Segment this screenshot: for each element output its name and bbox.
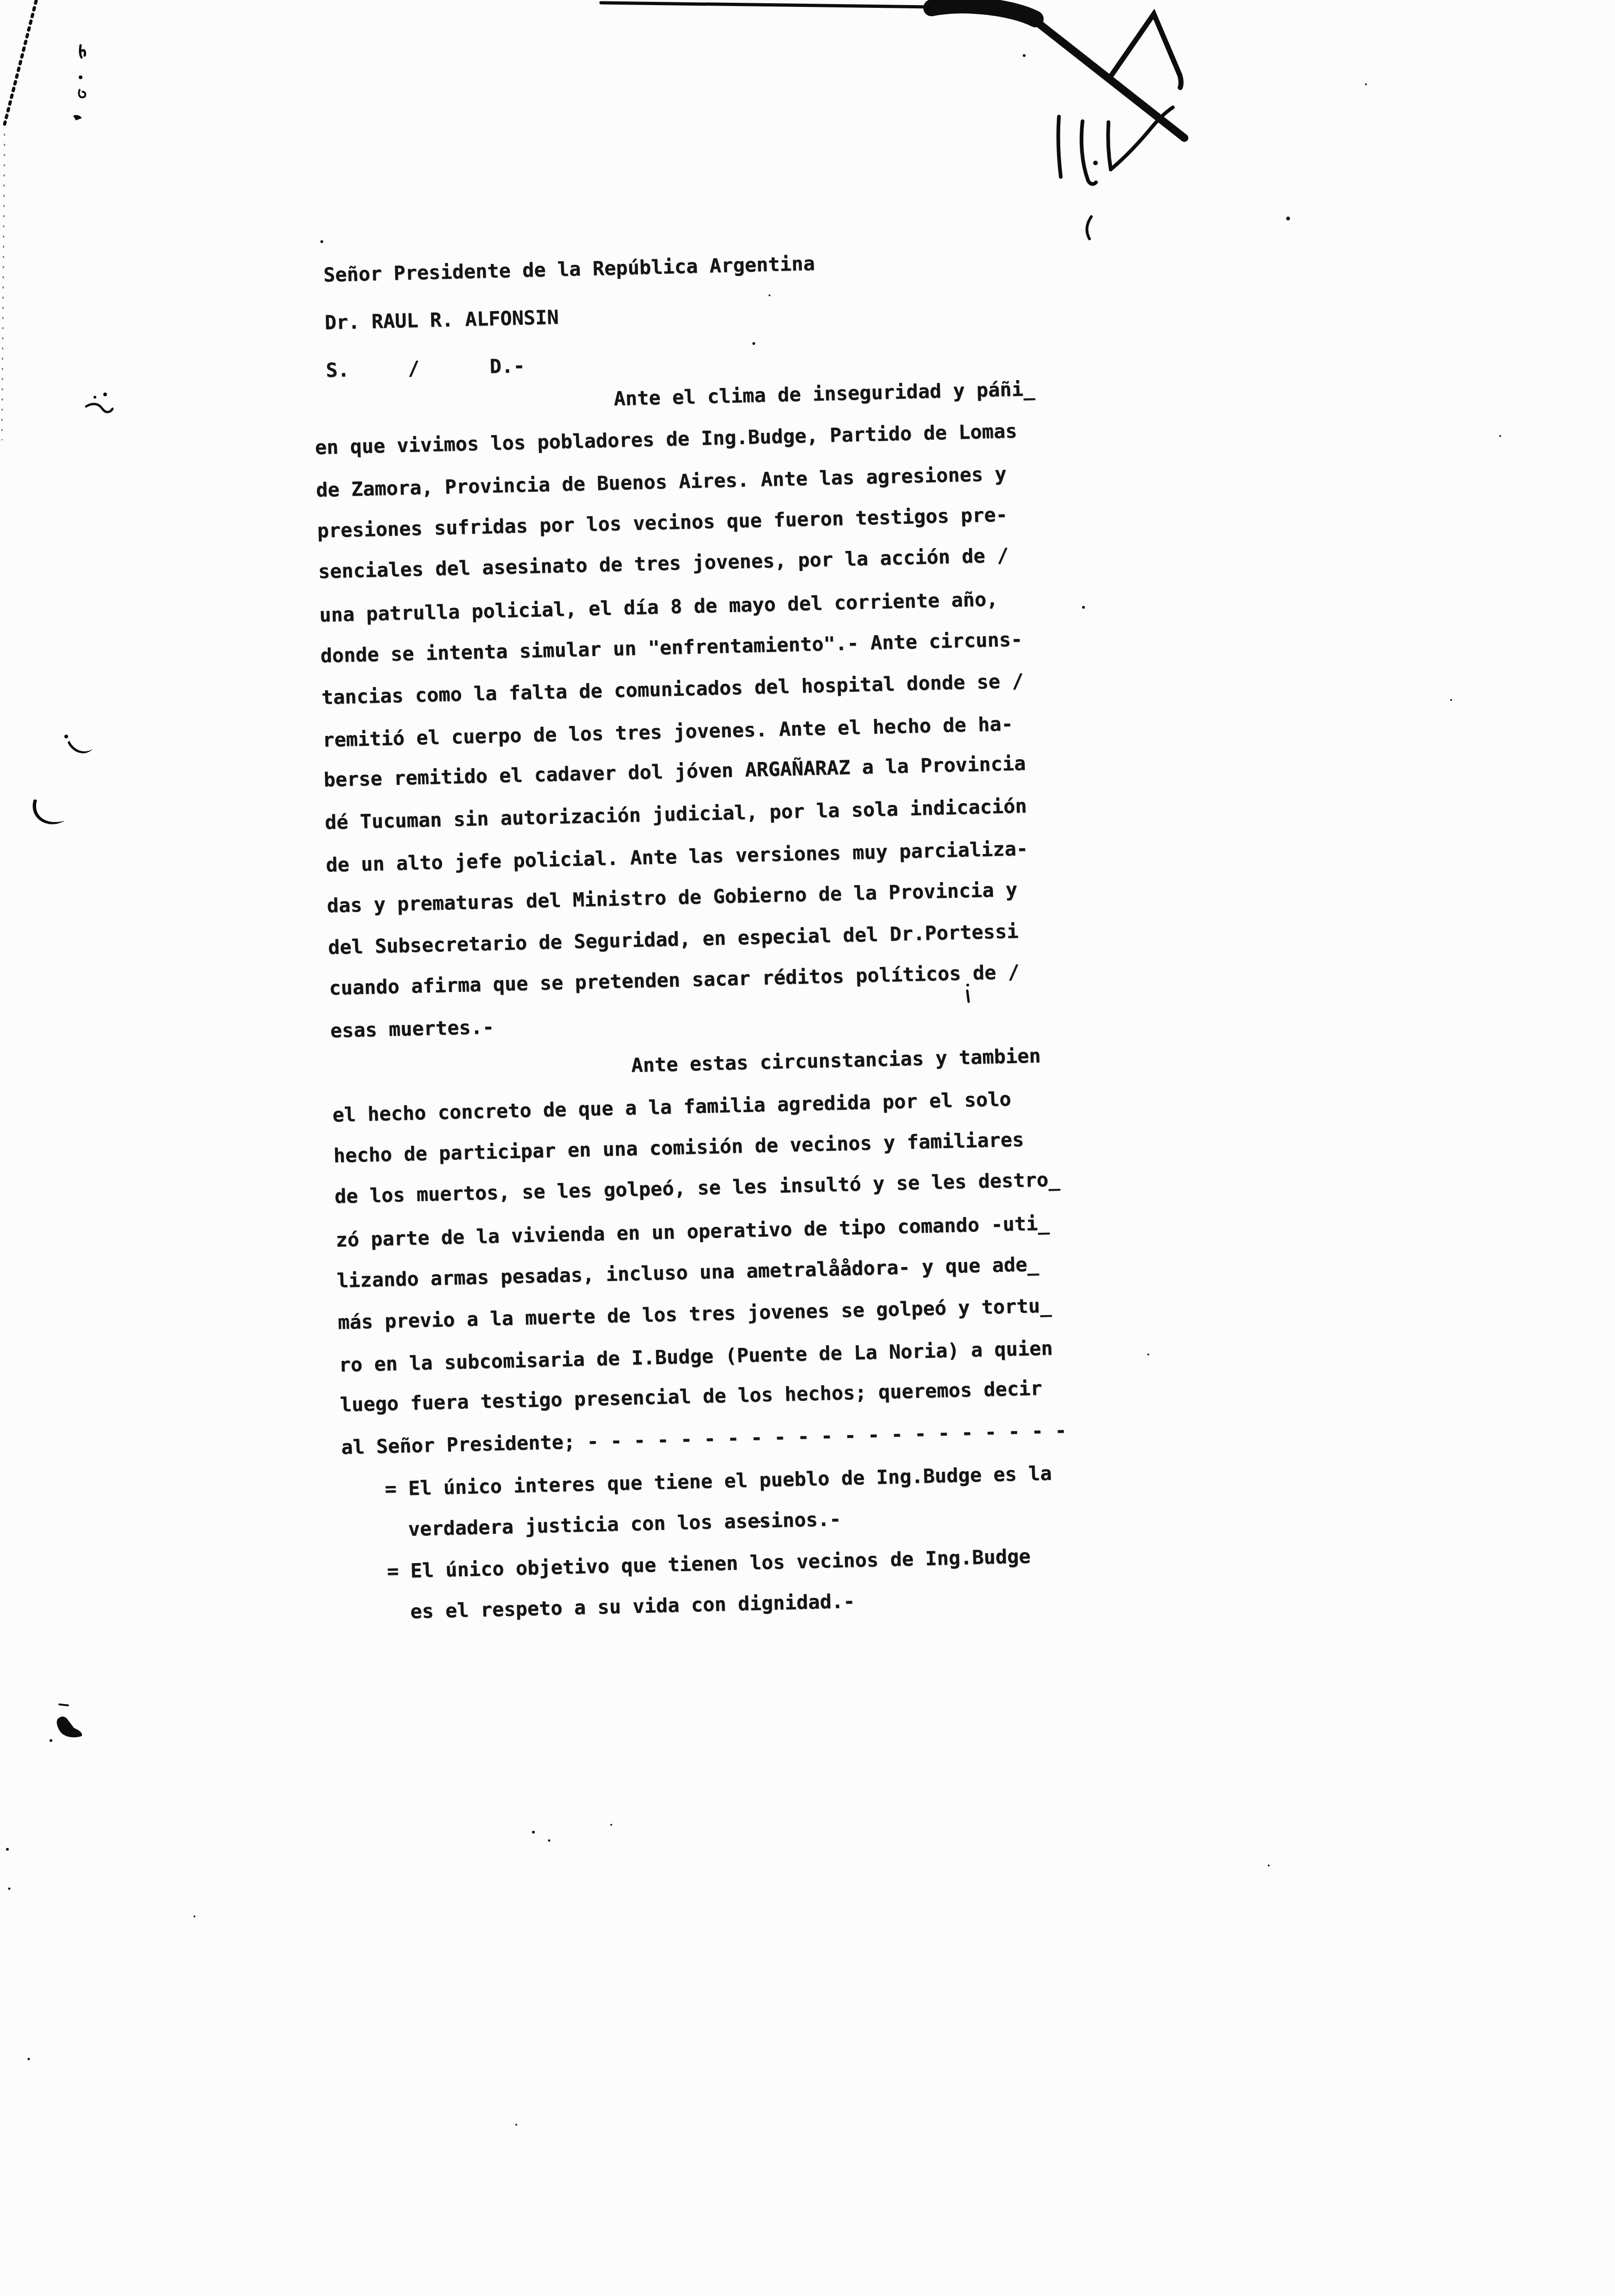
margin-squiggle: [86, 404, 113, 412]
margin-tick-crescent: [68, 741, 93, 753]
margin-dot: [94, 396, 96, 399]
margin-marks: [6, 45, 113, 1890]
scan-artifacts-layer: 115: [0, 0, 1615, 2296]
left-edge-dots: [2, 124, 5, 440]
margin-dot: [79, 75, 82, 79]
digit-5-stem-stroke: [1108, 122, 1111, 169]
margin-dot: [103, 393, 107, 396]
paren-mark: [1087, 217, 1091, 239]
handwritten-page-number: 115: [1058, 107, 1173, 239]
margin-dash: [59, 1704, 68, 1705]
scanned-letter-page: Señor Presidente de la República Argenti…: [0, 0, 1615, 2296]
margin-zigzag-blob: [57, 1716, 82, 1737]
left-edge-hatch-line: [5, 1, 36, 124]
margin-dot: [50, 1739, 52, 1742]
digit-5-tail-stroke: [1111, 107, 1173, 169]
margin-glyph-b: [79, 90, 85, 97]
margin-crescent: [33, 799, 65, 824]
margin-dot: [8, 1888, 11, 1890]
margin-glyph-h: [80, 45, 85, 57]
margin-dot: [6, 1848, 9, 1851]
top-edge-blob: [932, 5, 1035, 19]
top-edge-line: [601, 3, 931, 7]
pen-dot: [1093, 161, 1098, 165]
page-edge-marks: [2, 1, 1184, 440]
digit-1-stroke: [1058, 117, 1061, 177]
margin-dot: [64, 735, 68, 738]
digit-1b-stroke: [1082, 121, 1096, 184]
corner-check-stroke: [1110, 14, 1181, 87]
scan-noise: [28, 54, 1502, 2126]
margin-arrow-blob: [73, 115, 82, 120]
